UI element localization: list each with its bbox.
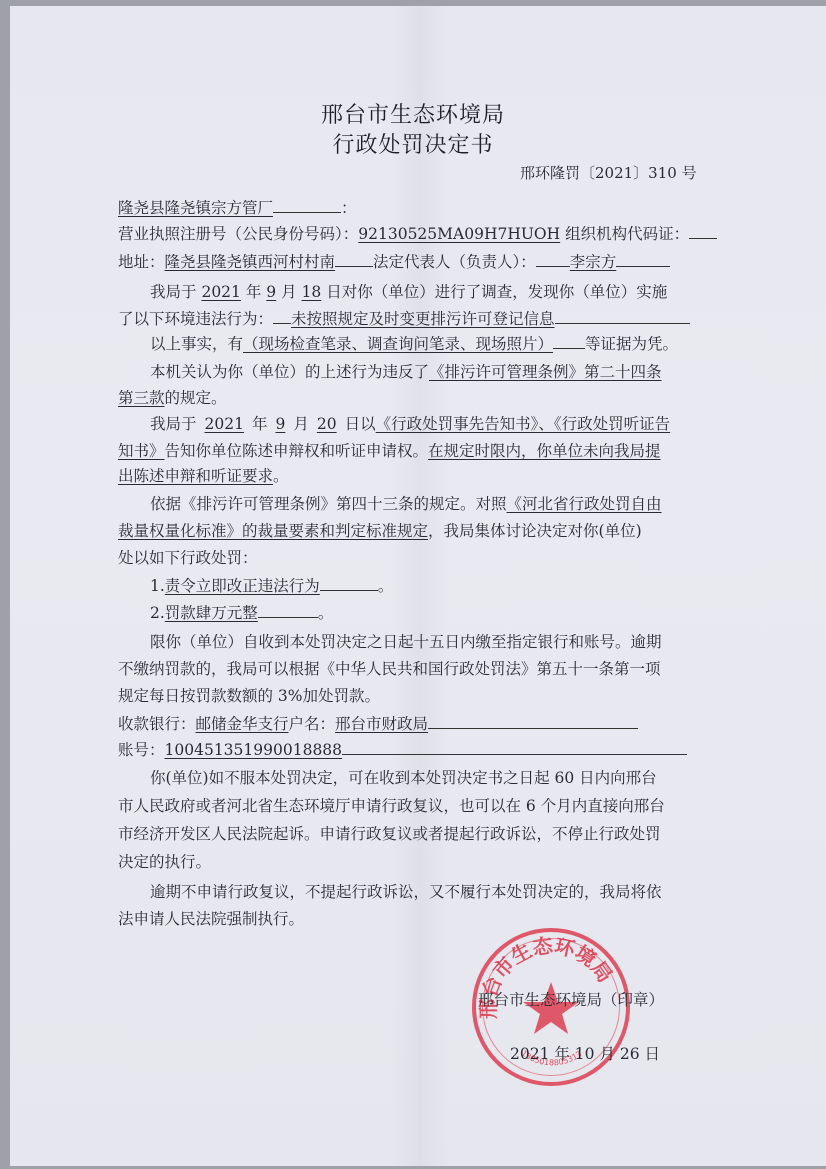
para-notice: 我局于2021年9月20日以《行政处罚事先告知书》、《行政处罚听证告 bbox=[150, 414, 670, 434]
recipient-line: 隆尧县隆尧镇宗方管厂： bbox=[118, 198, 357, 218]
bank-name: 邮储金华支行 bbox=[196, 715, 289, 733]
issuer-signature: 邢台市生态环境局（印章） bbox=[478, 988, 664, 1010]
address-value: 隆尧县隆尧镇西河村村南 bbox=[165, 253, 336, 271]
address-label: 地址： bbox=[118, 253, 165, 271]
legal-rep-label: 法定代表人（负责人）： bbox=[373, 253, 536, 271]
org-code-label: 组织机构代码证： bbox=[565, 225, 689, 243]
recipient-name: 隆尧县隆尧镇宗方管厂 bbox=[118, 199, 273, 217]
org-code-value bbox=[689, 224, 717, 239]
para-basis: 依据《排污许可管理条例》第四十三条的规定。对照《河北省行政处罚自由 bbox=[150, 494, 662, 514]
para-evidence: 以上事实，有（现场检查笔录、调查询问笔录、现场照片）等证据为凭。 bbox=[150, 334, 678, 354]
account-name: 邢台市财政局 bbox=[335, 715, 428, 733]
document-number: 邢环隆罚〔2021〕310 号 bbox=[520, 162, 697, 183]
violation-line: 了以下环境违法行为：未按照规定及时变更排污许可登记信息 bbox=[118, 309, 690, 329]
para-appeal: 你(单位)如不服本处罚决定，可在收到本处罚决定书之日起 60 日内向邢台 bbox=[150, 768, 657, 788]
bank-line: 收款银行：邮储金华支行户名：邢台市财政局 bbox=[118, 714, 638, 734]
para-investigation: 我局于 2021 年 9 月 18 日对你（单位）进行了调查，发现你（单位）实施 bbox=[150, 282, 667, 302]
penalty-item-2: 2.罚款肆万元整。 bbox=[150, 603, 333, 623]
para-enforcement: 逾期不申请行政复议，不提起行政诉讼，又不履行本处罚决定的，我局将依 bbox=[150, 882, 662, 902]
paper-fold-shadow bbox=[390, 6, 450, 1166]
account-number: 100451351990018888 bbox=[165, 741, 343, 759]
account-line: 账号：100451351990018888 bbox=[118, 740, 687, 760]
para-violated-law: 本机关认为你（单位）的上述行为违反了《排污许可管理条例》第二十四条 bbox=[150, 362, 662, 382]
license-number: 92130525MA09H7HUOH bbox=[358, 225, 560, 243]
violated-law: 《排污许可管理条例》第二十四条 bbox=[429, 363, 662, 381]
address-line: 地址：隆尧县隆尧镇西河村村南法定代表人（负责人）：李宗方 bbox=[118, 252, 670, 272]
document-title-agency: 邢台市生态环境局 bbox=[0, 98, 826, 129]
license-label: 营业执照注册号（公民身份号码）： bbox=[118, 225, 358, 243]
penalty-item-1: 1.责令立即改正违法行为。 bbox=[150, 576, 393, 596]
legal-rep-value: 李宗方 bbox=[570, 253, 617, 271]
issue-date: 2021 年 10 月 26 日 bbox=[510, 1042, 660, 1064]
para-payment: 限你（单位）自收到本处罚决定之日起十五日内缴至指定银行和账号。逾期 bbox=[150, 632, 662, 652]
document-title-type: 行政处罚决定书 bbox=[0, 128, 826, 159]
violation-text: 未按照规定及时变更排污许可登记信息 bbox=[291, 310, 555, 328]
license-line: 营业执照注册号（公民身份号码）：92130525MA09H7HUOH 组织机构代… bbox=[118, 224, 717, 244]
document-page bbox=[10, 6, 826, 1166]
evidence-text: （现场检查笔录、调查询问笔录、现场照片） bbox=[243, 335, 553, 353]
